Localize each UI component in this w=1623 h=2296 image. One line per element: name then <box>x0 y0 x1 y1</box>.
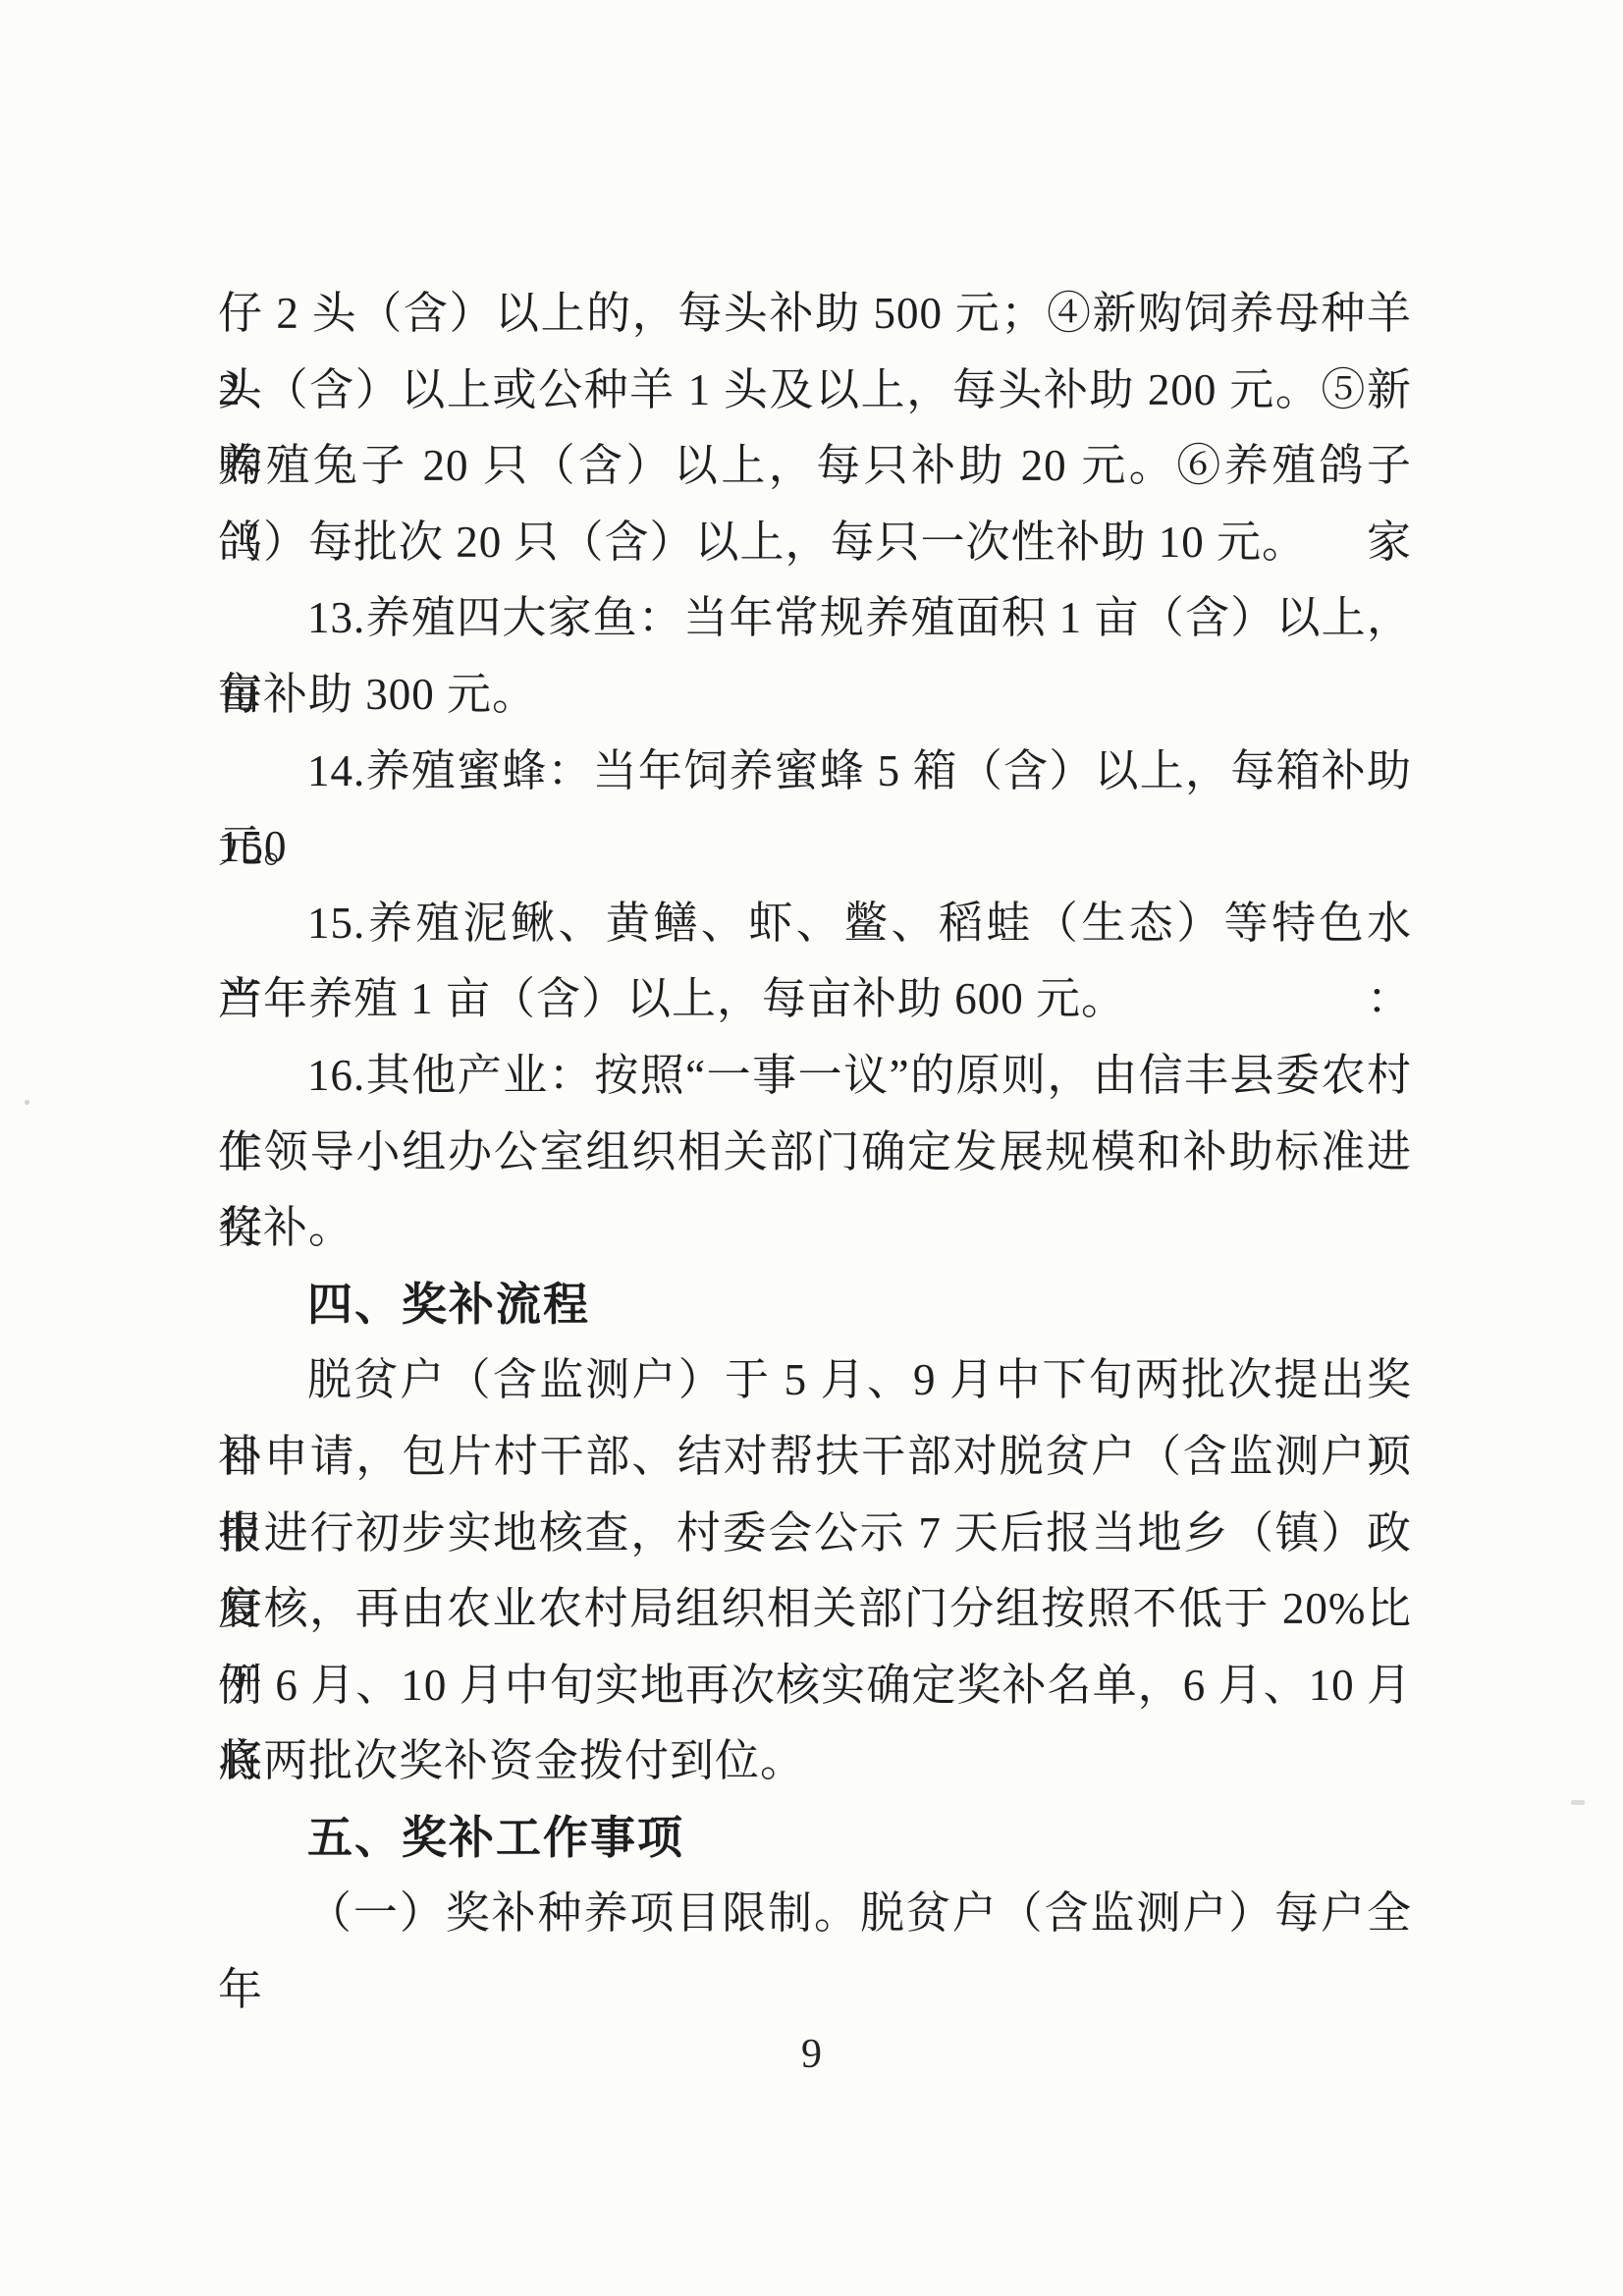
document-page: 仔 2 头（含）以上的，每头补助 500 元；④新购饲养母种羊 2头（含）以上或… <box>0 0 1623 2296</box>
section-heading: 五、奖补工作事项 <box>218 1800 1412 1877</box>
page-number: 9 <box>0 2025 1623 2084</box>
text-column: 仔 2 头（含）以上的，每头补助 500 元；④新购饲养母种羊 2头（含）以上或… <box>218 276 1412 1952</box>
text-line: 奖补。 <box>218 1190 1412 1267</box>
text-line: 元。 <box>218 809 1412 886</box>
text-line: 养殖兔子 20 只（含）以上，每只补助 20 元。⑥养殖鸽子（家 <box>218 428 1412 505</box>
scan-artifact <box>1571 1800 1585 1805</box>
text-line: 将两批次奖补资金拨付到位。 <box>218 1723 1412 1800</box>
text-line: 15.养殖泥鳅、黄鳝、虾、鳖、稻蛙（生态）等特色水产： <box>218 886 1412 962</box>
section-heading: 四、奖补流程 <box>218 1267 1412 1343</box>
scan-artifact <box>25 1100 29 1105</box>
text-line: （一）奖补种养项目限制。脱贫户（含监测户）每户全年 <box>218 1876 1412 1952</box>
text-line: 16.其他产业：按照“一事一议”的原则，由信丰县委农村工 <box>218 1038 1412 1115</box>
text-line: 报进行初步实地核查，村委会公示 7 天后报当地乡（镇）政府 <box>218 1496 1412 1572</box>
text-line: 亩补助 300 元。 <box>218 657 1412 734</box>
text-line: 目申请，包片村干部、结对帮扶干部对脱贫户（含监测户）申 <box>218 1419 1412 1496</box>
text-line: 头（含）以上或公种羊 1 头及以上，每头补助 200 元。⑤新购 <box>218 353 1412 429</box>
text-line: 14.养殖蜜蜂：当年饲养蜜蜂 5 箱（含）以上，每箱补助 150 <box>218 734 1412 810</box>
text-line: 于 6 月、10 月中旬实地再次核实确定奖补名单，6 月、10 月底 <box>218 1648 1412 1724</box>
text-line: 复核，再由农业农村局组织相关部门分组按照不低于 20%比例 <box>218 1571 1412 1648</box>
text-line: 作领导小组办公室组织相关部门确定发展规模和补助标准进行 <box>218 1115 1412 1191</box>
text-line: 脱贫户（含监测户）于 5 月、9 月中下旬两批次提出奖补项 <box>218 1342 1412 1419</box>
text-line: 仔 2 头（含）以上的，每头补助 500 元；④新购饲养母种羊 2 <box>218 276 1412 353</box>
text-line: 鸽）每批次 20 只（含）以上，每只一次性补助 10 元。 <box>218 505 1412 581</box>
text-line: 13.养殖四大家鱼：当年常规养殖面积 1 亩（含）以上，每 <box>218 580 1412 657</box>
